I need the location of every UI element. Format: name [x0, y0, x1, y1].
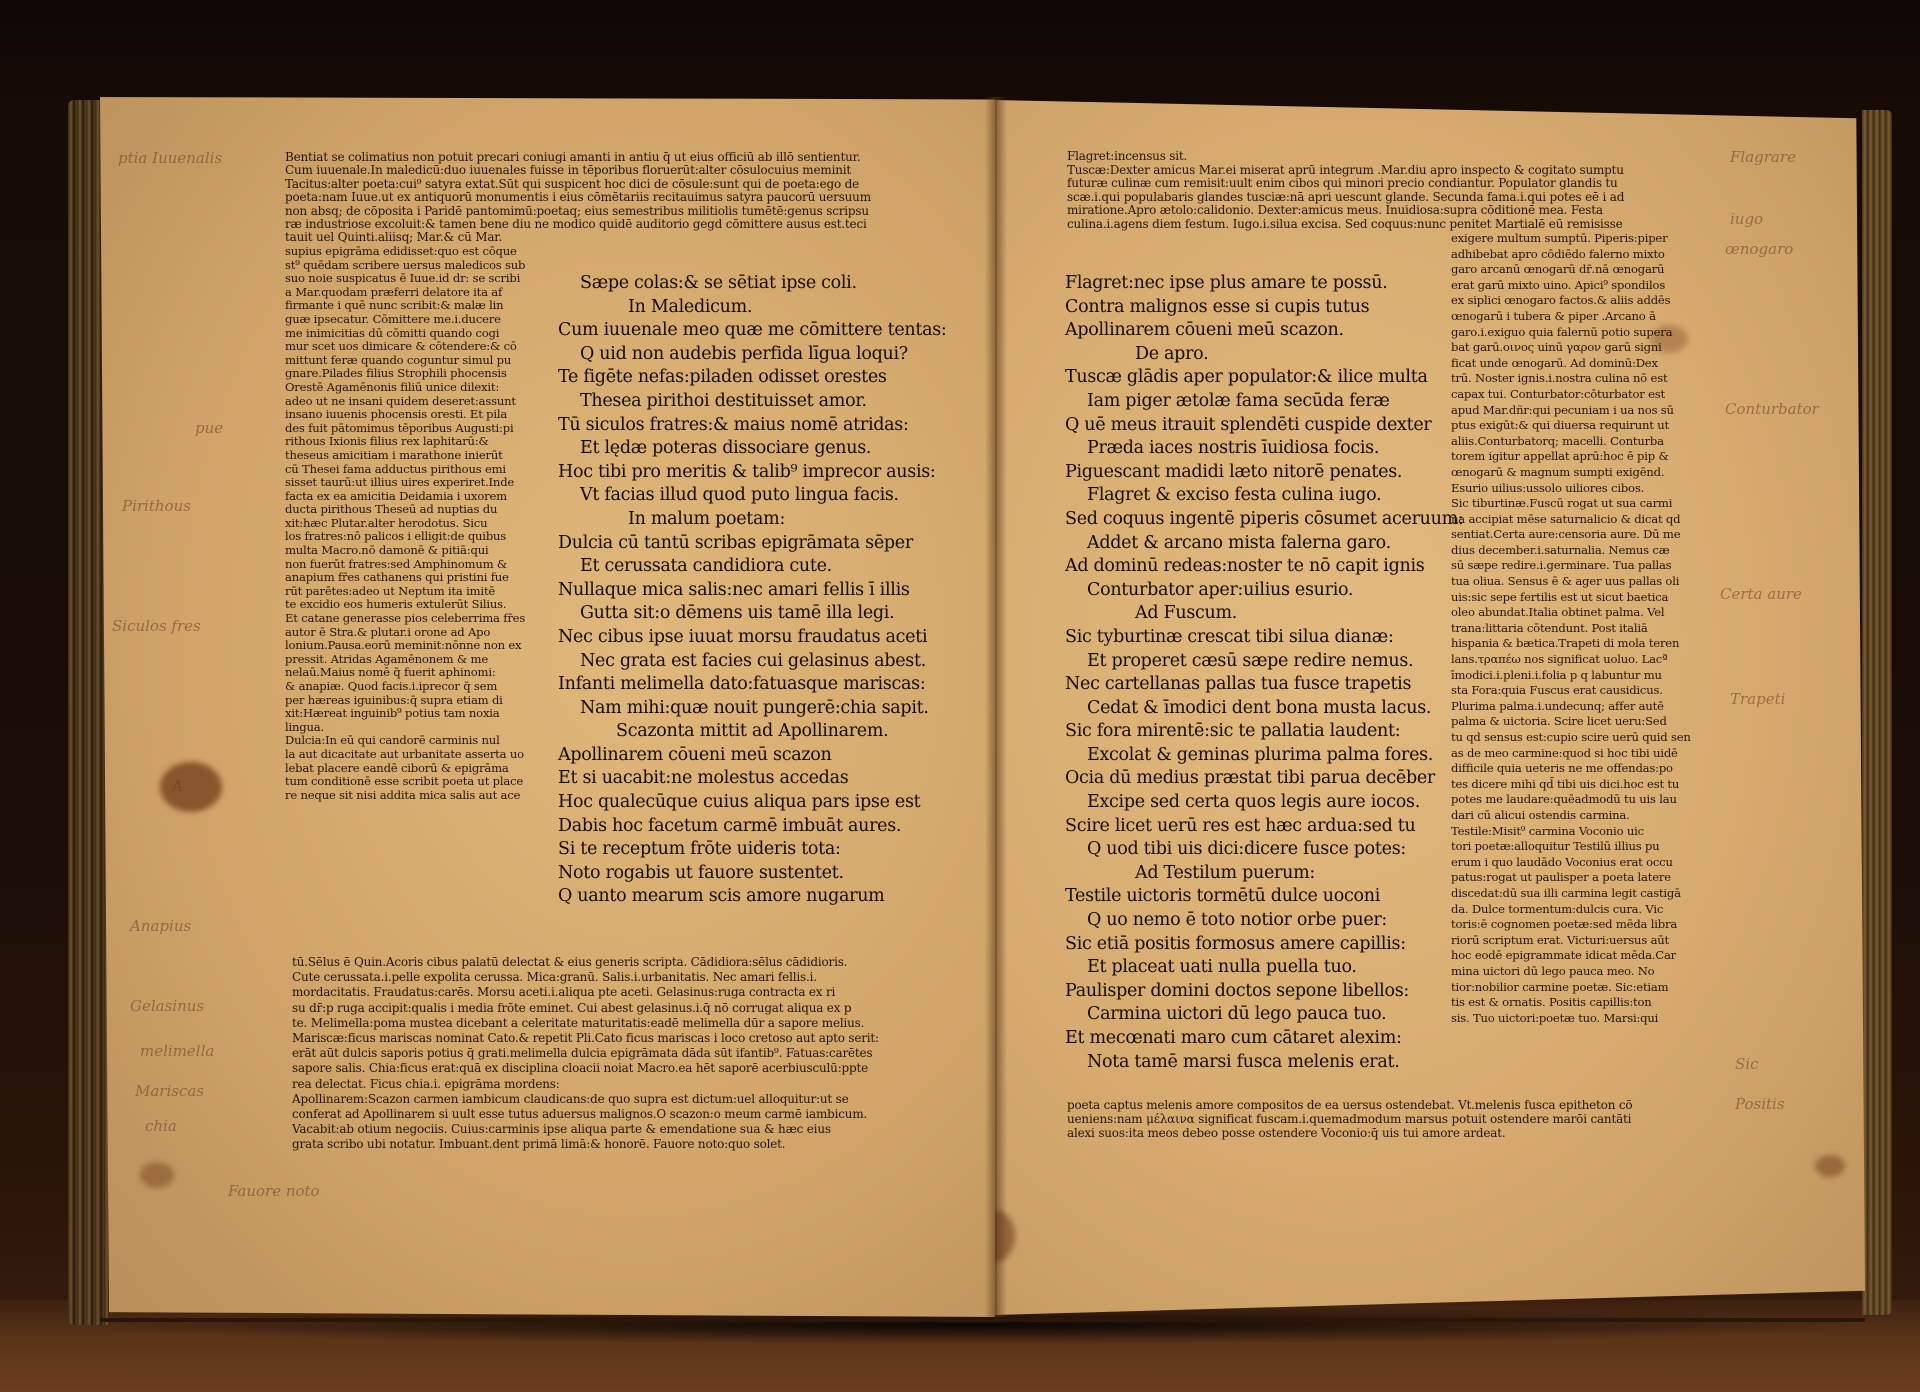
handwritten-annotation: Mariscas: [135, 1082, 204, 1100]
commentary-line: autor ē Stra.& plutar.i orone ad Apo: [285, 626, 543, 640]
verse-line: Q uod tibi uis dici:dicere fusce potes:: [1065, 838, 1445, 862]
verse-line: Cedat & īmodici dent bona musta lacus.: [1065, 697, 1445, 721]
commentary-line: multa Macro.nō damonē & pitiā:qui: [285, 544, 543, 558]
right-verse-block: Flagret:nec ipse plus amare te possū.Con…: [1065, 272, 1445, 1074]
commentary-line: xit:Hæreat inguinib⁹ potius tam noxia: [285, 707, 543, 721]
commentary-line: patus:rogat ut paulisper a poeta latere: [1451, 870, 1717, 886]
commentary-line: da. Dulce tormentum:dulcis cura. Vic: [1451, 902, 1717, 918]
commentary-line: erat garū mixto uino. Apici⁹ spondilos: [1451, 278, 1717, 294]
book-gutter: [985, 97, 1007, 1317]
commentary-line: mur scet uos dimicare & cōtendere:& cō: [285, 340, 543, 354]
commentary-line: lebat placere eandē ciborū & epigrāma: [285, 762, 543, 776]
commentary-line: mina uictori dū lego pauca meo. No: [1451, 964, 1717, 980]
verse-line: Præda iaces nostris īuidiosa focis.: [1065, 437, 1445, 461]
commentary-line: scæ.i.qui populabaris glandes tusciæ:nā …: [1067, 191, 1717, 205]
verse-line: Tuscæ glādis aper populator:& ilice mult…: [1065, 366, 1445, 390]
commentary-line: anapium fr̄es cathanens qui pristini fue: [285, 571, 543, 585]
commentary-line: ducta pirithous Theseū ad nuptias du: [285, 503, 543, 517]
commentary-line: grata scribo ubi notatur. Imbuant.dent p…: [292, 1137, 942, 1152]
commentary-line: a Mar.quodam præferri delatore ita af: [285, 286, 543, 300]
verse-line: Nota tamē marsi fusca melenis erat.: [1065, 1051, 1445, 1075]
commentary-line: ptus exigūt:& qui diuersa requirunt ut: [1451, 418, 1717, 434]
verse-line: Addet & arcano mista falerna garo.: [1065, 532, 1445, 556]
commentary-line: hispania & bætica.Trapeti di mola teren: [1451, 636, 1717, 652]
handwritten-annotation: Certa aure: [1720, 585, 1802, 603]
verse-line: Infanti melimella dato:fatuasque marisca…: [558, 673, 958, 697]
right-side-commentary: exigere multum sumptū. Piperis:piperadhi…: [1451, 231, 1717, 1026]
commentary-line: rea delectat. Ficus chia.i. epigrāma mor…: [292, 1077, 942, 1092]
commentary-line: mordacitatis. Fraudatus:carēs. Morsu ace…: [292, 985, 942, 1000]
commentary-line: garo.i.exiguo quia falernū potio supera: [1451, 325, 1717, 341]
verse-line: Thesea pirithoi destituisset amor.: [558, 390, 958, 414]
verse-line: Sic tyburtinæ crescat tibi silua dianæ:: [1065, 626, 1445, 650]
verse-line: Nullaque mica salis:nec amari fellis ī i…: [558, 579, 958, 603]
commentary-line: Vacabit:ab otium negociis. Cuius:carmini…: [292, 1122, 942, 1137]
verse-line: Nec cartellanas pallas tua fusce trapeti…: [1065, 673, 1445, 697]
epigram-title: In malum poetam:: [558, 508, 958, 532]
commentary-line: Orestē Agamēnonis filiū unice dilexit:: [285, 381, 543, 395]
commentary-line: non absq; de cōposita i Paridē pantomimū…: [285, 205, 935, 218]
commentary-line: poeta captus melenis amore compositos de…: [1067, 1098, 1717, 1112]
handwritten-annotation: pue: [195, 419, 223, 437]
commentary-line: Sic tiburtinæ.Fuscū rogat ut sua carmi: [1451, 496, 1717, 512]
verse-line: Tū siculos fratres:& maius nomē atridas:: [558, 414, 958, 438]
verse-line: Et lędæ poteras dissociare genus.: [558, 437, 958, 461]
handwritten-annotation: Flagrare: [1730, 148, 1796, 166]
commentary-line: culina.i.agens diem festum. Iugo.i.silua…: [1067, 218, 1717, 232]
handwritten-annotation: Gelasinus: [130, 997, 204, 1015]
commentary-line: erum i quo laudādo Voconius erat occu: [1451, 855, 1717, 871]
handwritten-annotation: Fauore noto: [228, 1182, 320, 1200]
commentary-line: dius december.i.saturnalia. Nemus cæ: [1451, 543, 1717, 559]
verse-line: Te figēte nefas:piladen odisset orestes: [558, 366, 958, 390]
verse-line: Ad dominū redeas:noster te nō capit igni…: [1065, 555, 1445, 579]
verse-line: Contra malignos esse si cupis tutus: [1065, 296, 1445, 320]
verse-line: Gutta sit:o dēmens uis tamē illa legi.: [558, 602, 958, 626]
commentary-line: Esurio uilius:ussolo uiliores cibos.: [1451, 481, 1717, 497]
commentary-line: riorū scriptum erat. Victuri:uersus aūt: [1451, 933, 1717, 949]
commentary-line: re neque sit nisi addita mica salis aut …: [285, 789, 543, 803]
commentary-line: suo noie suspicatus ē Iuue.id dr: se scr…: [285, 272, 543, 286]
handwritten-annotation: Conturbator: [1725, 400, 1819, 418]
stain: [160, 762, 222, 812]
commentary-line: oleo abundat.Italia obtinet palma. Vel: [1451, 605, 1717, 621]
handwritten-annotation: Sic: [1735, 1055, 1758, 1073]
left-bottom-commentary: tū.Sēlus ē Quin.Acoris cibus palatū dele…: [292, 955, 942, 1153]
commentary-line: st⁹ quēdam scribere uersus maledicos sub: [285, 259, 543, 273]
commentary-line: cū Thesei fama adductus pirithous emi: [285, 463, 543, 477]
commentary-line: ficat unde œnogarū. Ad dominū:Dex: [1451, 356, 1717, 372]
commentary-line: tauit uel Quinti.aliisq; Mar.& cū Mar.: [285, 231, 935, 244]
verse-line: Nec grata est facies cui gelasinus abest…: [558, 650, 958, 674]
left-side-commentary: supius epigrāma edidisset:quo est cōques…: [285, 245, 543, 802]
verse-line: Si te receptum frōte uideris tota:: [558, 838, 958, 862]
commentary-line: Flagret:incensus sit.: [1067, 150, 1717, 164]
commentary-line: Plurima palma.i.undecunq; affer autē: [1451, 699, 1717, 715]
commentary-line: īmodici.i.pleni.i.folia p q labuntur mu: [1451, 668, 1717, 684]
verse-line: Carmina uictori dū lego pauca tuo.: [1065, 1003, 1445, 1027]
commentary-line: futuræ culinæ cum remisit:uult enim cibo…: [1067, 177, 1717, 191]
commentary-line: Cute cerussata.i.pelle expolita cerussa.…: [292, 970, 942, 985]
handwritten-annotation: ptia Iuuenalis: [118, 149, 222, 167]
commentary-line: tua oliua. Sensus ē & ager uus pallas ol…: [1451, 574, 1717, 590]
commentary-line: theseus amicitiam i marathone inierūt: [285, 449, 543, 463]
commentary-line: mittunt feræ quando coguntur simul pu: [285, 354, 543, 368]
right-bottom-commentary: poeta captus melenis amore compositos de…: [1067, 1098, 1717, 1140]
commentary-line: xit:hæc Plutar.alter herodotus. Sicu: [285, 517, 543, 531]
verse-line: Et cerussata candidiora cute.: [558, 555, 958, 579]
commentary-line: lans.τραπέω nos significat uoluo. Lacª: [1451, 652, 1717, 668]
commentary-line: potes me laudare:quēadmodū tu uis lau: [1451, 792, 1717, 808]
commentary-line: Tuscæ:Dexter amicus Mar.ei miserat aprū …: [1067, 164, 1717, 178]
verse-line: Cum iuuenale meo quæ me cōmittere tentas…: [558, 319, 958, 343]
commentary-line: los fratres:nō palicos i elligit:de quib…: [285, 530, 543, 544]
verse-line: Apollinarem cōueni meū scazon.: [1065, 319, 1445, 343]
verse-line: Flagret & exciso festa culina iugo.: [1065, 484, 1445, 508]
right-page: Flagret:incensus sit.Tuscæ:Dexter amicus…: [995, 100, 1865, 1315]
commentary-line: per hæreas iguinibus:q̄ supra etiam di: [285, 694, 543, 708]
handwritten-annotation: iugo: [1730, 210, 1763, 228]
commentary-line: tū.Sēlus ē Quin.Acoris cibus palatū dele…: [292, 955, 942, 970]
commentary-line: gnare.Pilades filius Strophili phocensis: [285, 367, 543, 381]
left-verse-block: Sæpe colas:& se sētiat ipse coli.In Male…: [558, 272, 958, 909]
verse-line: Dulcia cū tantū scribas epigrāmata sēper: [558, 532, 958, 556]
verse-line: Et si uacabit:ne molestus accedas: [558, 767, 958, 791]
verse-line: Nec cibus ipse iuuat morsu fraudatus ace…: [558, 626, 958, 650]
verse-line: Piguescant madidi læto nitorē penates.: [1065, 461, 1445, 485]
commentary-line: toris:ē cognomen poetæ:sed mēda libra: [1451, 917, 1717, 933]
handwritten-annotation: Positis: [1735, 1095, 1785, 1113]
commentary-line: sapore salis. Chia:ficus erat:quā ex dis…: [292, 1061, 942, 1076]
commentary-line: bat garū.οινος uinū γαρον garū signi: [1451, 340, 1717, 356]
verse-line: Flagret:nec ipse plus amare te possū.: [1065, 272, 1445, 296]
commentary-line: rūt parētes:adeo ut Neptum ita imitē: [285, 585, 543, 599]
verse-line: Et properet cæsū sæpe redire nemus.: [1065, 650, 1445, 674]
verse-line: Excolat & geminas plurima palma fores.: [1065, 744, 1445, 768]
commentary-line: te excidio eos humeris extulerūt Silius.: [285, 598, 543, 612]
commentary-line: uis:sic sepe fertilis est ut sicut baeti…: [1451, 590, 1717, 606]
commentary-line: lonium.Pausa.eorū meminit:nōnne non ex: [285, 639, 543, 653]
verse-line: Q uanto mearum scis amore nugarum: [558, 885, 958, 909]
commentary-line: alexi suos:ita meos debeo posse ostender…: [1067, 1126, 1717, 1140]
verse-line: Scire licet uerū res est hæc ardua:sed t…: [1065, 815, 1445, 839]
handwritten-annotation: Trapeti: [1730, 690, 1785, 708]
commentary-line: torem igitur appellat aprū:hoc ē pip &: [1451, 449, 1717, 465]
verse-line: Nam mihi:quæ nouit pungerē:chia sapit.: [558, 697, 958, 721]
commentary-line: tum conditionē esse scribit poeta ut pla…: [285, 775, 543, 789]
verse-line: Vt facias illud quod puto lingua facis.: [558, 484, 958, 508]
verse-line: Conturbator aper:uilius esurio.: [1065, 579, 1445, 603]
commentary-line: guæ ipsecatur. Cōmittere me.i.ducere: [285, 313, 543, 327]
commentary-line: insano iuuenis phocensis oresti. Et pila: [285, 408, 543, 422]
commentary-line: adeo ut ne insani quidem deseret:assunt: [285, 395, 543, 409]
commentary-line: nelaū.Maius nomē q̄ fuerit aphinomi:: [285, 666, 543, 680]
handwritten-annotation: œnogaro: [1725, 240, 1793, 258]
commentary-line: ræ industriose excoluit:& tamen bene diu…: [285, 218, 935, 231]
commentary-line: dari cū alicui ostendis carmina.: [1451, 808, 1717, 824]
commentary-line: des fuit pātomimus tēporibus Augusti:pi: [285, 422, 543, 436]
commentary-line: trana:littaria cōtendunt. Post italiā: [1451, 621, 1717, 637]
verse-line: Sic fora mirentē:sic te pallatia laudent…: [1065, 720, 1445, 744]
handwritten-annotation: melimella: [140, 1042, 214, 1060]
handwritten-annotation: Pirithous: [122, 497, 191, 515]
verse-line: Et mecœnati maro cum cātaret alexim:: [1065, 1027, 1445, 1051]
commentary-line: sisset taurū:ut illius uires experiret.I…: [285, 476, 543, 490]
epigram-title: De apro.: [1065, 343, 1445, 367]
commentary-line: trū. Noster ignis.i.nostra culina nō est: [1451, 371, 1717, 387]
commentary-line: Et catane generasse pios celeberrima fr̄…: [285, 612, 543, 626]
epigram-title: Ad Testilum puerum:: [1065, 862, 1445, 886]
commentary-line: tis est & ornatis. Positis capillis:ton: [1451, 995, 1717, 1011]
commentary-line: as de meo carmine:quod si hoc tibi uidē: [1451, 746, 1717, 762]
commentary-line: discedat:dū sua illi carmina legit casti…: [1451, 886, 1717, 902]
commentary-line: difficile quia ueteris ne me offendas:po: [1451, 761, 1717, 777]
verse-line: Q uid non audebis perfida līgua loqui?: [558, 343, 958, 367]
commentary-line: erāt aūt dulcis saporis potius q̄ grati.…: [292, 1046, 942, 1061]
commentary-line: Dulcia:In eū qui candorē carminis nul: [285, 734, 543, 748]
commentary-line: ex siplici œnogaro factos.& aliis addēs: [1451, 293, 1717, 309]
commentary-line: sis. Tuo uictori:poetæ tuo. Marsi:qui: [1451, 1011, 1717, 1027]
commentary-line: sentiat.Certa aure:censoria aure. Dū me: [1451, 527, 1717, 543]
verse-line: Iam piger ætolæ fama secūda feræ: [1065, 390, 1445, 414]
commentary-line: palma & uictoria. Scire licet ueru:Sed: [1451, 714, 1717, 730]
commentary-line: Mariscæ:ficus mariscas nominat Cato.& re…: [292, 1031, 942, 1046]
page-bottom-edge: [100, 1318, 1865, 1322]
commentary-line: firmante i quē nunc scribit:& malæ lin: [285, 299, 543, 313]
commentary-line: sū sæpe redire.i.germinare. Tua pallas: [1451, 558, 1717, 574]
stain: [1815, 1155, 1845, 1177]
commentary-line: miratione.Apro ætolo:calidonio. Dexter:a…: [1067, 204, 1717, 218]
left-page: Bentiat se colimatius non potuit precari…: [100, 97, 995, 1317]
verse-line: Dabis hoc facetum carmē imbuāt aures.: [558, 815, 958, 839]
verse-line: Testile uictoris tormētū dulce uoconi: [1065, 885, 1445, 909]
right-page-edges: [1862, 110, 1892, 1315]
commentary-line: Bentiat se colimatius non potuit precari…: [285, 151, 935, 164]
commentary-line: exigere multum sumptū. Piperis:piper: [1451, 231, 1717, 247]
verse-line: Noto rogabis ut fauore sustentet.: [558, 862, 958, 886]
commentary-line: supius epigrāma edidisset:quo est cōque: [285, 245, 543, 259]
commentary-line: lingua.: [285, 721, 543, 735]
commentary-line: facta ex ea amicitia Deidamia i uxorem: [285, 490, 543, 504]
commentary-line: su dr̄:p ruga accipit:qualis i media frō…: [292, 1001, 942, 1016]
handwritten-annotation: Siculos fres: [112, 617, 201, 635]
commentary-line: na accipiat mēse saturnalicio & dicat qd: [1451, 512, 1717, 528]
commentary-line: tes dicere mihi qd̄ tibi uis dici.hoc es…: [1451, 777, 1717, 793]
verse-line: Et placeat uati nulla puella tuo.: [1065, 956, 1445, 980]
commentary-line: aliis.Conturbatorq; macelli. Conturba: [1451, 434, 1717, 450]
verse-line: Excipe sed certa quos legis aure iocos.: [1065, 791, 1445, 815]
verse-line: Ocia dū medius præstat tibi parua decēbe…: [1065, 767, 1445, 791]
commentary-line: garo arcanū œnogarū dr̄.nā œnogarū: [1451, 262, 1717, 278]
epigram-title: Ad Fuscum.: [1065, 602, 1445, 626]
commentary-line: ueniens:nam μέλαινα significat fuscam.i.…: [1067, 1112, 1717, 1126]
verse-line: Sed coquus ingentē piperis cōsumet aceru…: [1065, 508, 1445, 532]
commentary-line: & anapiæ. Quod facis.i.iprecor q̄ sem: [285, 680, 543, 694]
commentary-line: tori poetæ:alloquitur Testilū illius pu: [1451, 839, 1717, 855]
verse-line: Q uo nemo ē toto notior orbe puer:: [1065, 909, 1445, 933]
handwritten-annotation: chia: [145, 1117, 177, 1135]
stain: [140, 1162, 174, 1188]
commentary-line: pressit. Atridas Agamēnonem & me: [285, 653, 543, 667]
commentary-line: tu qd sensus est:cupio scire uerū quid s…: [1451, 730, 1717, 746]
epigram-title: Scazonta mittit ad Apollinarem.: [558, 720, 958, 744]
commentary-line: hoc eodē epigrammate idicat mēda.Car: [1451, 948, 1717, 964]
epigram-title: In Maledicum.: [558, 296, 958, 320]
right-top-commentary: Flagret:incensus sit.Tuscæ:Dexter amicus…: [1067, 150, 1717, 232]
commentary-line: conferat ad Apollinarem si uult esse tut…: [292, 1107, 942, 1122]
commentary-line: Testile:Misit⁹ carmina Voconio uic: [1451, 824, 1717, 840]
commentary-line: capax tui. Conturbator:cōturbator est: [1451, 387, 1717, 403]
commentary-line: Cum iuuenale.In maledicū:duo iuuenales f…: [285, 164, 935, 177]
verse-line: Q uē meus itrauit splendēti cuspide dext…: [1065, 414, 1445, 438]
commentary-line: non fuerūt fratres:sed Amphinomum &: [285, 558, 543, 572]
verse-line: Sic etiā positis formosus amere capillis…: [1065, 933, 1445, 957]
left-top-commentary: Bentiat se colimatius non potuit precari…: [285, 151, 935, 245]
verse-line: Sæpe colas:& se sētiat ipse coli.: [558, 272, 958, 296]
verse-line: Hoc tibi pro meritis & talib⁹ imprecor a…: [558, 461, 958, 485]
commentary-line: Tacitus:alter poeta:cui⁹ satyra extat.Sū…: [285, 178, 935, 191]
verse-line: Paulisper domini doctos sepone libellos:: [1065, 980, 1445, 1004]
commentary-line: rithous Ixionis filius rex laphitarū:&: [285, 435, 543, 449]
commentary-line: Apollinarem:Scazon carmen iambicum claud…: [292, 1092, 942, 1107]
handwritten-annotation: Anapius: [130, 917, 191, 935]
commentary-line: œnogarū & magnum sumpti exigēnd.: [1451, 465, 1717, 481]
commentary-line: te. Melimella:poma mustea dicebant a cel…: [292, 1016, 942, 1031]
commentary-line: sta Fora:quia Fuscus erat causidicus.: [1451, 683, 1717, 699]
commentary-line: tior:nobilior carmine poetæ. Sic:etiam: [1451, 980, 1717, 996]
verse-line: Apollinarem cōueni meū scazon: [558, 744, 958, 768]
commentary-line: apud Mar.dñr:qui pecuniam i ua nos sū: [1451, 403, 1717, 419]
commentary-line: œnogarū i tubera & piper .Arcano ā: [1451, 309, 1717, 325]
commentary-line: adhibebat apro cōdiēdo falerno mixto: [1451, 247, 1717, 263]
commentary-line: poeta:nam Iuue.ut ex antiquorū monumenti…: [285, 191, 935, 204]
commentary-line: la aut dicacitate aut urbanitate asserta…: [285, 748, 543, 762]
commentary-line: me inimicitias dū cōmitti quando cogi: [285, 327, 543, 341]
verse-line: Hoc qualecūque cuius aliqua pars ipse es…: [558, 791, 958, 815]
handwritten-annotation: A: [172, 777, 183, 795]
